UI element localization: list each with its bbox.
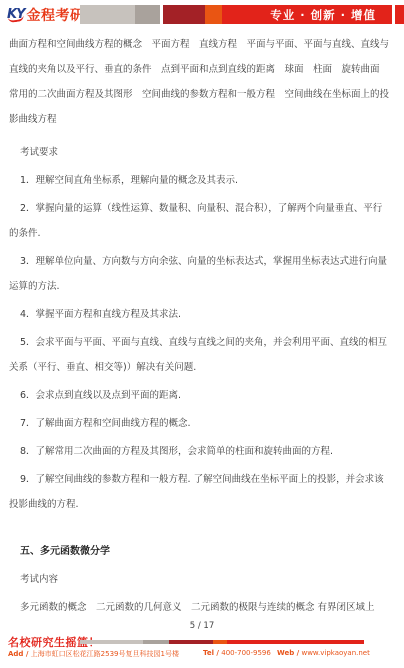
list-item: 8．了解常用二次曲面的方程及其图形，会求简单的柱面和旋转曲面的方程. (20, 439, 395, 464)
footer-telephone: Tel / 400-700-9596 (203, 649, 271, 657)
list-item: 3．理解单位向量、方向数与方向余弦、向量的坐标表达式，掌握用坐标表达式进行向量 (20, 249, 395, 274)
list-item: 6．会求点到直线以及点到平面的距离. (20, 383, 395, 408)
address-label: Add / (8, 650, 28, 658)
band-segment-light-gray (80, 640, 143, 644)
footer-website: Web / www.vipkaoyan.net (277, 649, 370, 657)
list-item-continuation: 投影曲线的方程. (9, 492, 395, 517)
document-page: KY 金程考研 专业 · 创新 · 增值 曲面方程和空间曲线方程的概念 平面方程… (0, 0, 404, 668)
band-segment-mid-gray (135, 5, 160, 24)
web-label: Web / (277, 649, 299, 657)
text-line: 多元函数的概念 二元函数的几何意义 二元函数的极限与连续的概念 有界闭区域上 (20, 595, 395, 620)
text-line: 影曲线方程 (9, 107, 395, 132)
list-item-continuation: 运算的方法. (9, 274, 395, 299)
list-item: 5．会求平面与平面、平面与直线、直线与直线之间的夹角，并会利用平面、直线的相互 (20, 330, 395, 355)
list-item: 4．掌握平面方程和直线方程及其求法. (20, 302, 395, 327)
exam-requirements-heading: 考试要求 (20, 140, 395, 165)
header-color-band: 专业 · 创新 · 增值 (80, 5, 404, 24)
web-value: www.vipkaoyan.net (301, 649, 369, 657)
band-segment-red (227, 640, 364, 644)
list-item: 2．掌握向量的运算（线性运算、数量积、向量积、混合积），了解两个向量垂直、平行 (20, 196, 395, 221)
footer-color-band (80, 640, 364, 644)
tel-label: Tel / (203, 649, 219, 657)
band-segment-orange (205, 5, 222, 24)
section-five-heading: 五、多元函数微分学 (20, 539, 395, 564)
header-slogan: 专业 · 创新 · 增值 (270, 7, 376, 23)
logo-name: 金程考研 (27, 5, 85, 25)
list-item: 1．理解空间直角坐标系，理解向量的概念及其表示. (20, 168, 395, 193)
band-segment-dark-red (169, 640, 213, 644)
list-item: 7．了解曲面方程和空间曲线方程的概念. (20, 411, 395, 436)
band-segment-red: 专业 · 创新 · 增值 (222, 5, 392, 24)
exam-content-heading: 考试内容 (20, 567, 395, 592)
logo-ky-icon: KY (7, 8, 25, 21)
document-body: 曲面方程和空间曲线方程的概念 平面方程 直线方程 平面与平面、平面与直线、直线与… (9, 32, 395, 620)
page-header: KY 金程考研 专业 · 创新 · 增值 (0, 5, 404, 24)
footer-address: Add / 上海市虹口区松花江路2539号复旦科技园1号楼 (8, 649, 179, 659)
text-line: 常用的二次曲面方程及其图形 空间曲线的参数方程和一般方程 空间曲线在坐标面上的投 (9, 82, 395, 107)
footer-contact-row: Add / 上海市虹口区松花江路2539号复旦科技园1号楼 Tel / 400-… (0, 649, 404, 661)
band-segment-mid-gray (143, 640, 169, 644)
band-segment-dark-red (163, 5, 205, 24)
band-segment-light-gray (80, 5, 135, 24)
list-item-continuation: 关系（平行、垂直、相交等)）解决有关问题. (9, 355, 395, 380)
tel-value: 400-700-9596 (221, 649, 271, 657)
list-item: 9．了解空间曲线的参数方程和一般方程. 了解空间曲线在坐标平面上的投影，并会求该 (20, 467, 395, 492)
page-number: 5 / 17 (0, 621, 404, 631)
band-segment-orange (213, 640, 227, 644)
logo: KY 金程考研 (7, 5, 85, 24)
band-segment-red-tail (395, 5, 404, 24)
address-value: 上海市虹口区松花江路2539号复旦科技园1号楼 (31, 650, 179, 658)
text-line: 曲面方程和空间曲线方程的概念 平面方程 直线方程 平面与平面、平面与直线、直线与 (9, 32, 395, 57)
text-line: 直线的夹角以及平行、垂直的条件 点到平面和点到直线的距离 球面 柱面 旋转曲面 (9, 57, 395, 82)
list-item-continuation: 的条件. (9, 221, 395, 246)
